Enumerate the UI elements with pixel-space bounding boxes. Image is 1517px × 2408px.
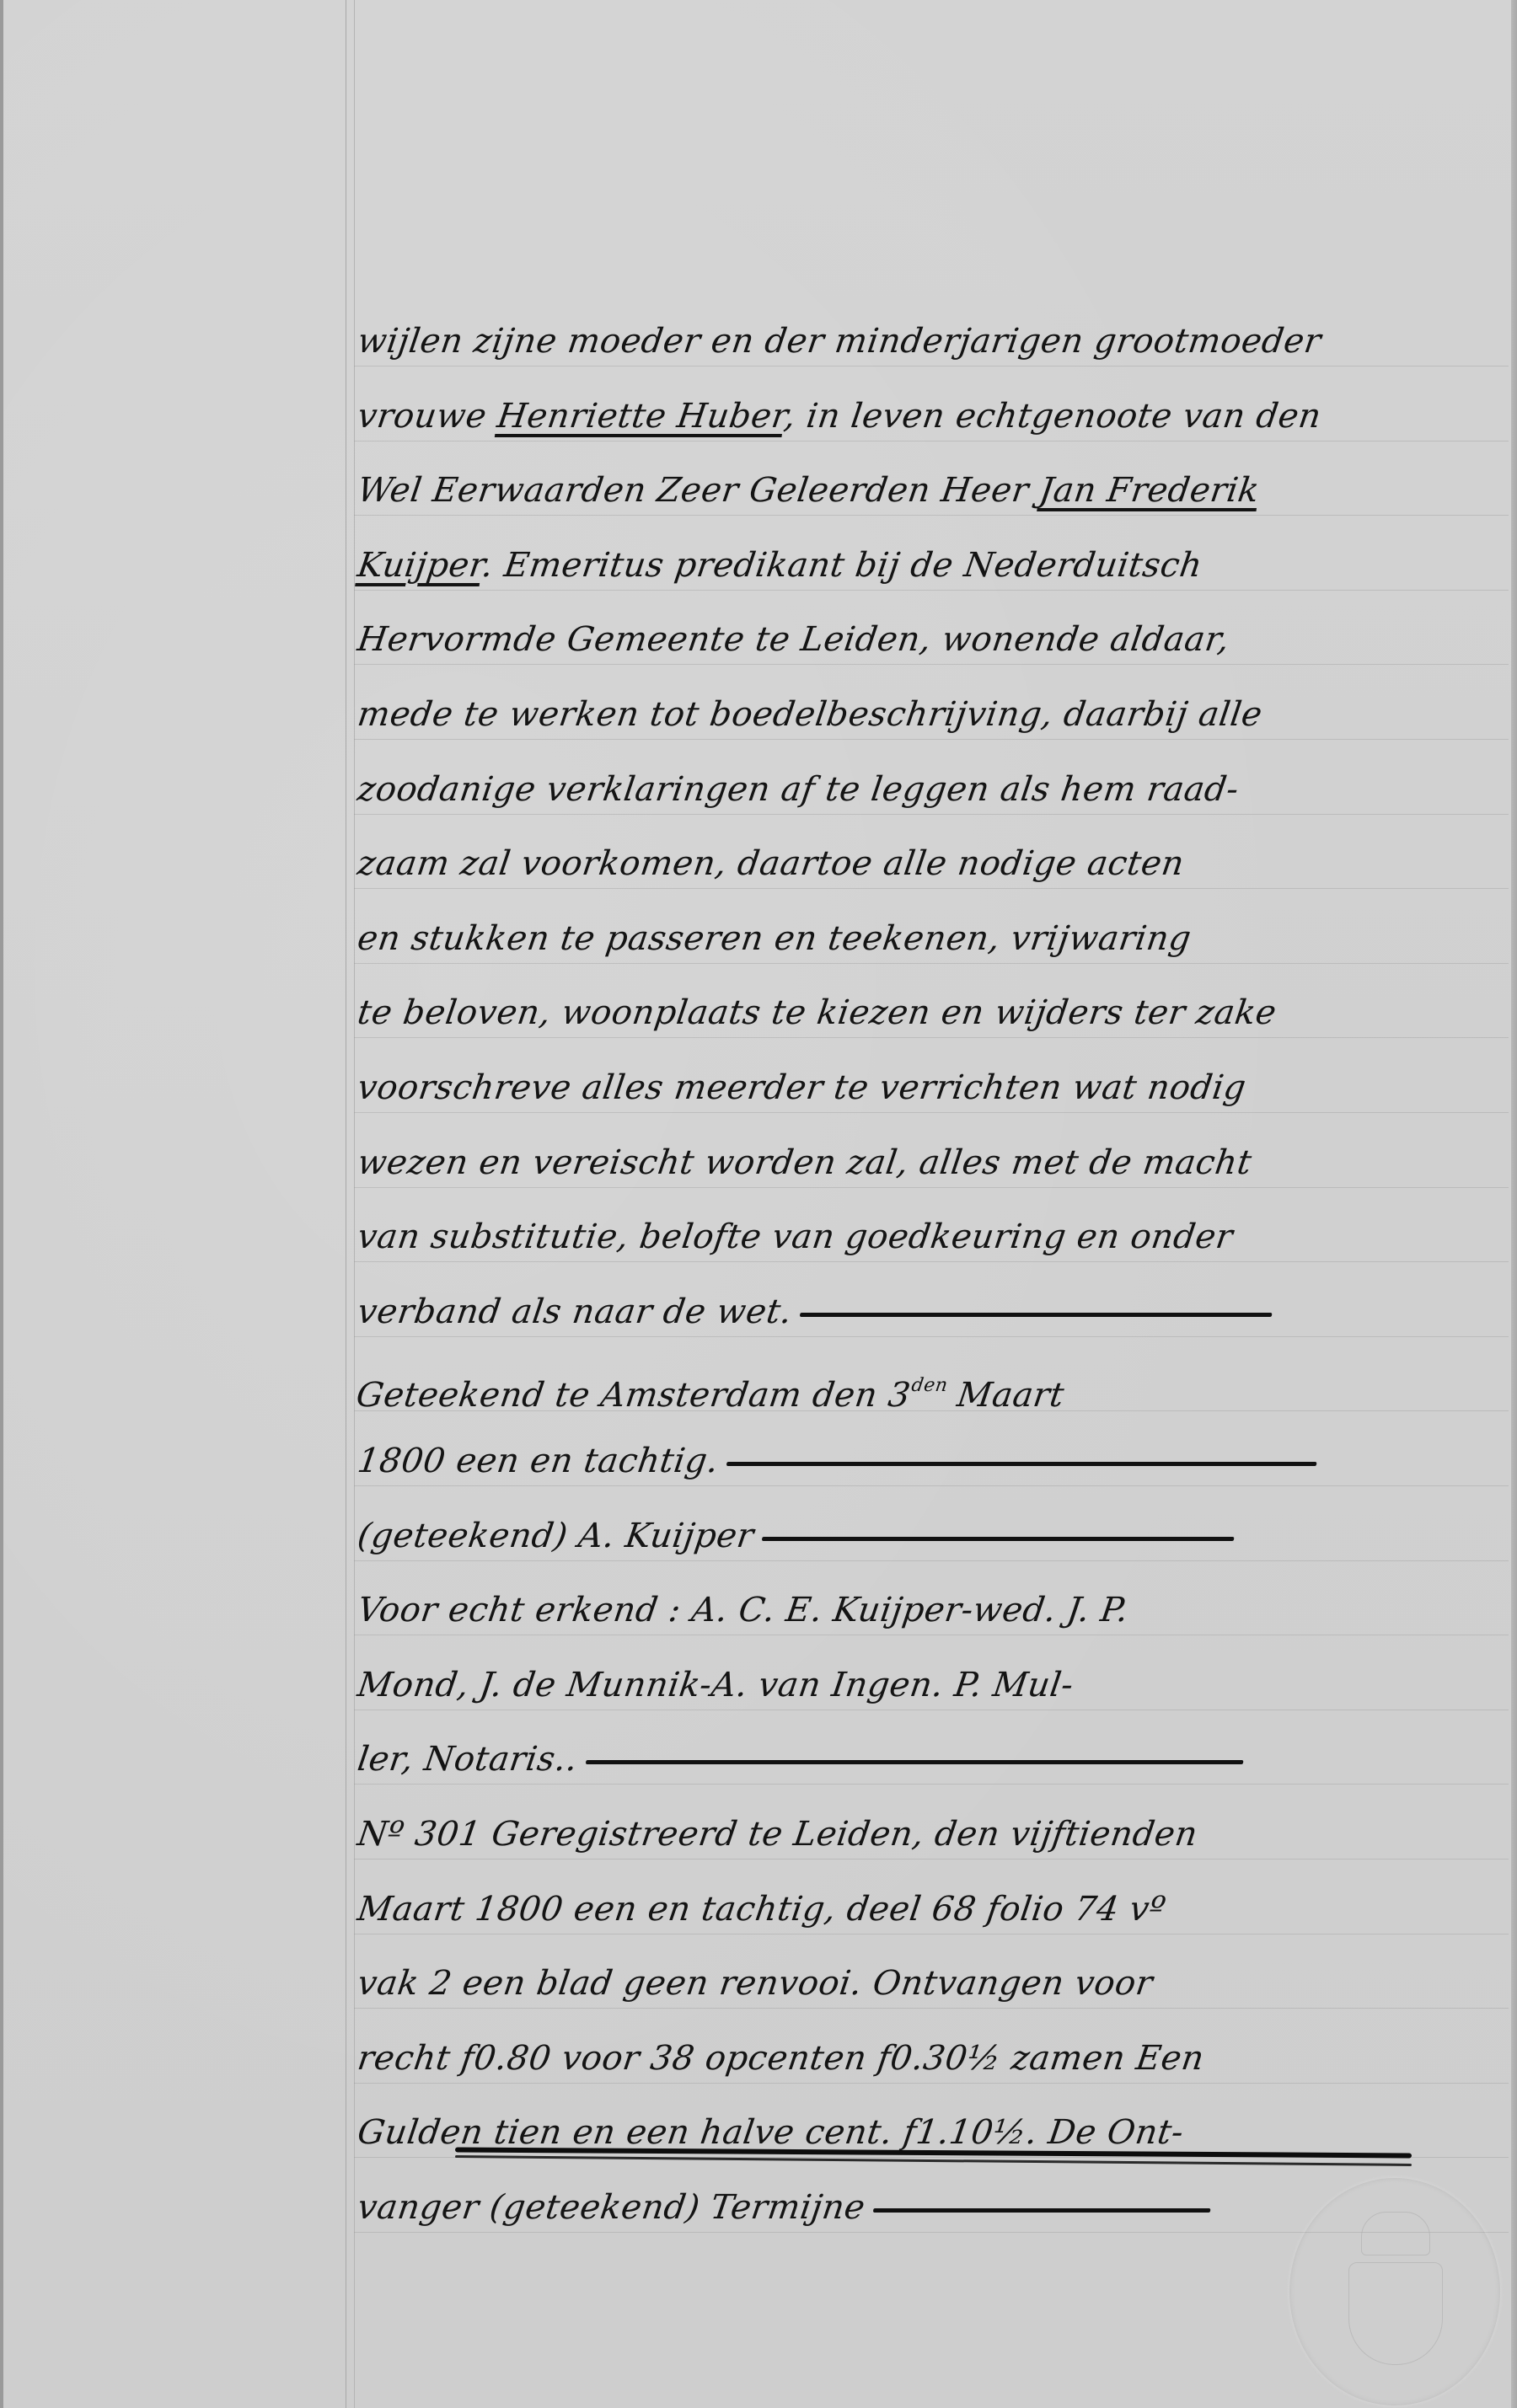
- line-text: wijlen zijne moeder en der minderjarigen…: [355, 322, 1323, 361]
- line-text: en stukken te passeren en teekenen, vrij…: [355, 919, 1193, 958]
- handwritten-line: verband als naar de wet.: [354, 1284, 1276, 1340]
- handwritten-line: Nº 301 Geregistreerd te Leiden, den vijf…: [354, 1806, 1201, 1862]
- handwritten-line: te beloven, woonplaats te kiezen en wijd…: [354, 985, 1280, 1041]
- margin-rule: [346, 0, 346, 2408]
- line-text: van substitutie, belofte van goedkeuring…: [355, 1217, 1235, 1256]
- line-filler-stroke: [761, 1536, 1234, 1540]
- handwritten-line: Voor echt erkend : A. C. E. Kuijper-wed.…: [354, 1582, 1132, 1638]
- underlined-name: Henriette Huber: [495, 397, 787, 436]
- line-text: Wel Eerwaarden Zeer Geleerden Heer: [355, 471, 1042, 510]
- handwritten-line: ler, Notaris..: [354, 1731, 1247, 1787]
- line-text: ler, Notaris..: [355, 1740, 580, 1779]
- superscript-ordinal: den: [910, 1375, 949, 1396]
- line-text: te beloven, woonplaats te kiezen en wijd…: [355, 993, 1278, 1032]
- line-text: Geteekend te Amsterdam den 3: [354, 1376, 913, 1415]
- embossed-seal-icon: [1289, 2178, 1500, 2405]
- handwritten-line: Wel Eerwaarden Zeer Geleerden Heer Jan F…: [354, 463, 1263, 518]
- line-text: . Emeritus predikant bij de Nederduitsch: [480, 546, 1205, 585]
- line-text: Maart 1800 een en tachtig, deel 68 folio…: [355, 1890, 1168, 1929]
- handwritten-line: Kuijper. Emeritus predikant bij de Neder…: [354, 538, 1206, 593]
- handwritten-line: mede te werken tot boedelbeschrijving, d…: [354, 687, 1266, 742]
- seal-crown-icon: [1361, 2212, 1430, 2255]
- line-filler-stroke: [873, 2208, 1211, 2213]
- closing-double-rule: [455, 2150, 1412, 2162]
- line-text: zoodanige verklaringen af te leggen als …: [355, 770, 1241, 809]
- handwritten-line: (geteekend) A. Kuijper: [354, 1508, 1238, 1564]
- line-text: verband als naar de wet.: [355, 1292, 794, 1331]
- handwritten-line: wezen en vereischt worden zal, alles met…: [354, 1135, 1255, 1191]
- seal-shield-icon: [1348, 2262, 1443, 2365]
- line-text: wezen en vereischt worden zal, alles met…: [355, 1143, 1254, 1182]
- handwritten-line: Maart 1800 een en tachtig, deel 68 folio…: [354, 1881, 1170, 1937]
- line-text: Nº 301 Geregistreerd te Leiden, den vijf…: [355, 1815, 1200, 1854]
- line-filler-stroke: [800, 1312, 1273, 1316]
- page-left-edge: [0, 0, 3, 2408]
- line-filler-stroke: [585, 1760, 1243, 1764]
- line-text: zaam zal voorkomen, daartoe alle nodige …: [355, 844, 1187, 883]
- line-text: vak 2 een blad geen renvooi. Ontvangen v…: [355, 1964, 1155, 2003]
- handwritten-line: van substitutie, belofte van goedkeuring…: [354, 1209, 1236, 1265]
- handwritten-line: recht f0.80 voor 38 opcenten f0.30½ zame…: [354, 2031, 1208, 2086]
- line-text: Mond, J. de Munnik-A. van Ingen. P. Mul-: [355, 1666, 1075, 1704]
- handwritten-line: Hervormde Gemeente te Leiden, wonende al…: [354, 612, 1233, 667]
- handwritten-line: vanger (geteekend) Termijne: [354, 2180, 1214, 2235]
- line-text: Hervormde Gemeente te Leiden, wonende al…: [355, 620, 1231, 659]
- line-text: (geteekend) A. Kuijper: [355, 1517, 756, 1555]
- scanned-document-page: wijlen zijne moeder en der minderjarigen…: [0, 0, 1517, 2408]
- line-text: mede te werken tot boedelbeschrijving, d…: [355, 695, 1264, 734]
- line-text: Gulden tien en een halve cent. f1.10½. D…: [355, 2113, 1186, 2152]
- handwritten-line: 1800 een en tachtig.: [354, 1433, 1321, 1489]
- line-text: Voor echt erkend : A. C. E. Kuijper-wed.…: [355, 1591, 1131, 1629]
- handwritten-line: wijlen zijne moeder en der minderjarigen…: [354, 313, 1325, 369]
- line-text: vrouwe: [355, 397, 500, 436]
- handwritten-line: zoodanige verklaringen af te leggen als …: [354, 762, 1242, 817]
- handwritten-line: en stukken te passeren en teekenen, vrij…: [354, 911, 1195, 966]
- handwritten-line: Mond, J. de Munnik-A. van Ingen. P. Mul-: [354, 1657, 1077, 1713]
- line-text: Maart: [944, 1376, 1067, 1415]
- handwritten-line: voorschreve alles meerder te verrichten …: [354, 1060, 1250, 1116]
- line-text: recht f0.80 voor 38 opcenten f0.30½ zame…: [355, 2039, 1206, 2078]
- page-right-edge: [1511, 0, 1517, 2408]
- handwritten-line: vak 2 een blad geen renvooi. Ontvangen v…: [354, 1956, 1156, 2011]
- handwritten-line: vrouwe Henriette Huber, in leven echtgen…: [354, 388, 1325, 444]
- line-filler-stroke: [726, 1462, 1317, 1466]
- line-text: voorschreve alles meerder te verrichten …: [355, 1068, 1248, 1107]
- handwritten-line: Geteekend te Amsterdam den 3den Maart: [354, 1358, 1069, 1414]
- line-text: , in leven echtgenoote van den: [782, 397, 1324, 436]
- underlined-name: Jan Frederik: [1037, 471, 1262, 510]
- underlined-name: Kuijper: [355, 546, 485, 585]
- line-text: vanger (geteekend) Termijne: [355, 2188, 867, 2227]
- handwritten-line: zaam zal voorkomen, daartoe alle nodige …: [354, 836, 1187, 891]
- line-text: 1800 een en tachtig.: [355, 1442, 721, 1480]
